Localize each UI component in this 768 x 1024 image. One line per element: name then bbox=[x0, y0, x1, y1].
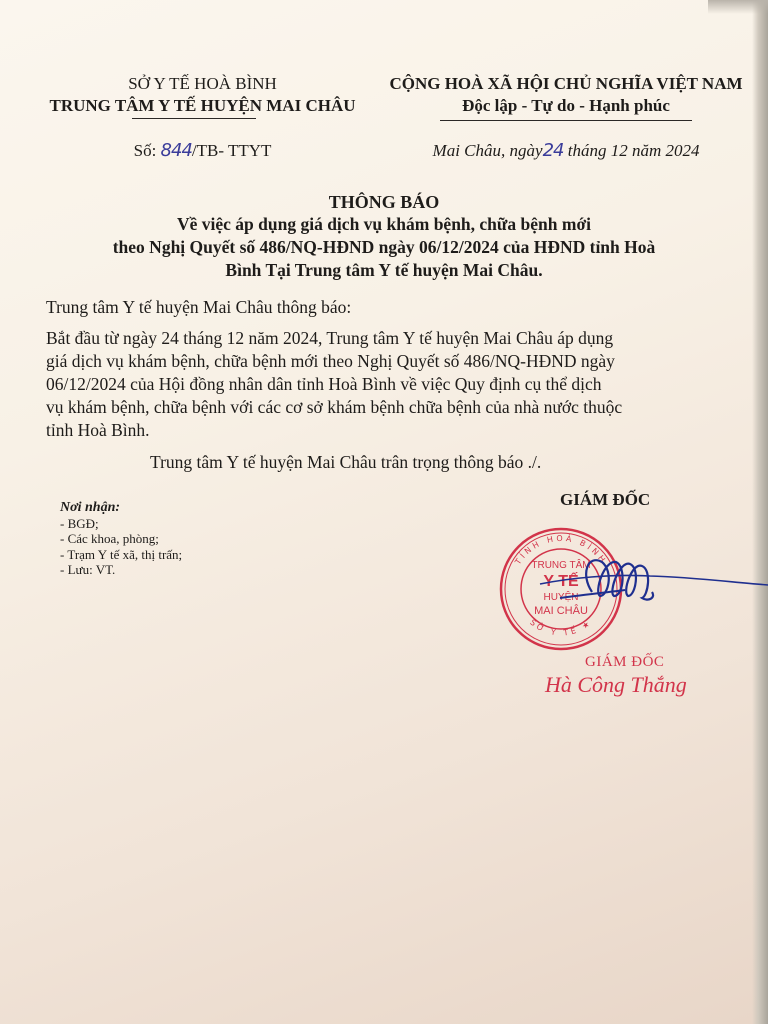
page-corner-shadow bbox=[708, 0, 768, 14]
notice-subtitle-line-3: Bình Tại Trung tâm Y tế huyện Mai Châu. bbox=[0, 260, 768, 281]
date-day-handwritten: 24 bbox=[543, 140, 564, 161]
stamp-role: GIÁM ĐỐC bbox=[585, 654, 664, 671]
recipient-item: - Lưu: VT. bbox=[60, 562, 182, 578]
recipient-item: - Các khoa, phòng; bbox=[60, 531, 182, 547]
recipients-block: Nơi nhận: - BGĐ; - Các khoa, phòng; - Tr… bbox=[60, 500, 182, 578]
notice-subtitle-line-2: theo Nghị Quyết số 486/NQ-HĐND ngày 06/1… bbox=[0, 237, 768, 258]
svg-text:SỞ Y TẾ ★: SỞ Y TẾ ★ bbox=[528, 618, 594, 638]
unit-name: TRUNG TÂM Y TẾ HUYỆN MAI CHÂU bbox=[30, 96, 375, 116]
recipient-item: - Trạm Y tế xã, thị trấn; bbox=[60, 547, 182, 563]
body-line-3: 06/12/2024 của Hội đồng nhân dân tỉnh Ho… bbox=[46, 373, 602, 396]
agency-name: SỞ Y TẾ HOÀ BÌNH bbox=[30, 74, 375, 94]
number-prefix: Số: bbox=[134, 141, 157, 160]
notice-subtitle-line-1: Về việc áp dụng giá dịch vụ khám bệnh, c… bbox=[0, 214, 768, 235]
body-line-2: giá dịch vụ khám bệnh, chữa bệnh mới the… bbox=[46, 350, 615, 373]
number-suffix: /TB- TTYT bbox=[192, 141, 271, 160]
recipient-item: - BGĐ; bbox=[60, 516, 182, 532]
date-suffix: tháng 12 năm 2024 bbox=[568, 141, 700, 160]
signer-name: Hà Công Thắng bbox=[545, 672, 687, 698]
body-line-5: tỉnh Hoà Bình. bbox=[46, 419, 150, 442]
signature-scribble-icon bbox=[530, 552, 768, 612]
motto-underline bbox=[440, 120, 692, 121]
date-prefix: Mai Châu, ngày bbox=[433, 141, 543, 160]
handwritten-signature bbox=[530, 552, 768, 612]
body-line-4: vụ khám bệnh, chữa bệnh với các cơ sở kh… bbox=[46, 396, 622, 419]
number-handwritten: 844 bbox=[161, 140, 192, 161]
document-date: Mai Châu, ngày24 tháng 12 năm 2024 bbox=[368, 140, 764, 161]
recipients-heading: Nơi nhận: bbox=[60, 500, 182, 516]
signer-role: GIÁM ĐỐC bbox=[560, 490, 650, 510]
notice-heading: THÔNG BÁO bbox=[0, 192, 768, 213]
document-number: Số: 844/TB- TTYT bbox=[30, 140, 375, 161]
body-intro: Trung tâm Y tế huyện Mai Châu thông báo: bbox=[46, 296, 351, 319]
body-closing: Trung tâm Y tế huyện Mai Châu trân trọng… bbox=[150, 451, 541, 474]
unit-underline bbox=[132, 118, 256, 119]
body-line-1: Bắt đầu từ ngày 24 tháng 12 năm 2024, Tr… bbox=[46, 327, 613, 350]
motto: Độc lập - Tự do - Hạnh phúc bbox=[368, 96, 764, 116]
nation-name: CỘNG HOÀ XÃ HỘI CHỦ NGHĨA VIỆT NAM bbox=[368, 74, 764, 94]
